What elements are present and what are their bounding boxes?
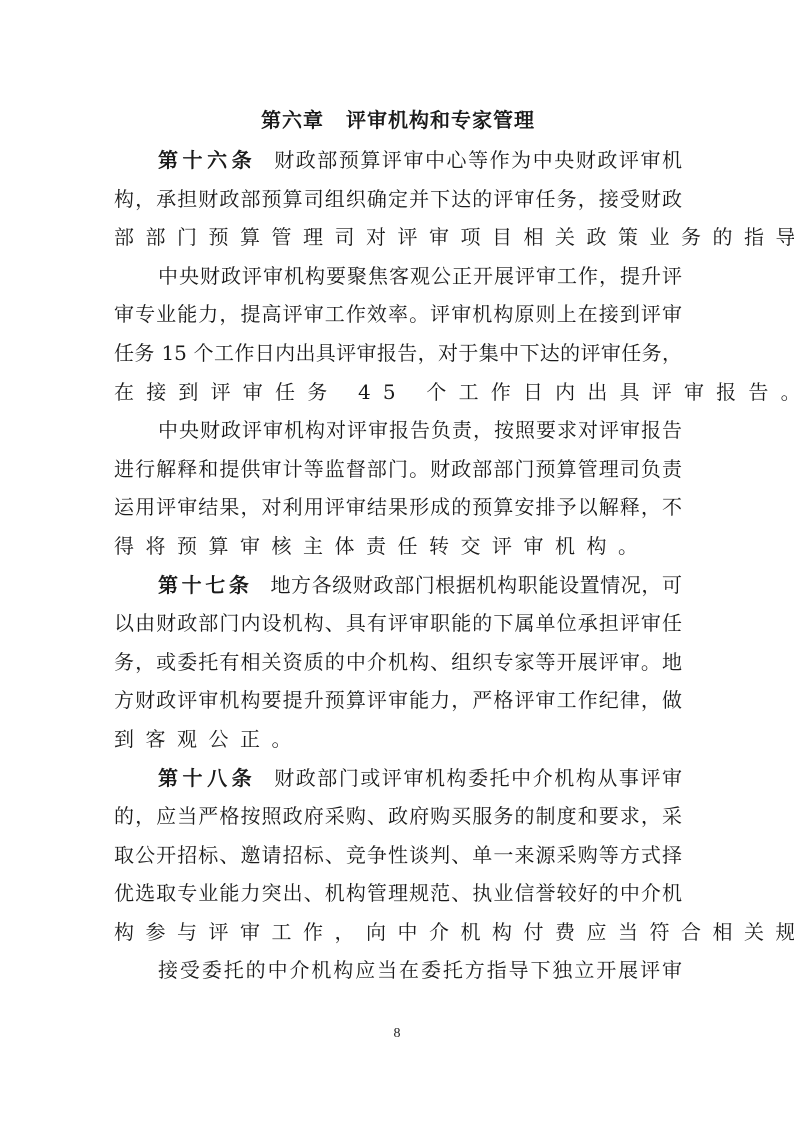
- review-efficiency-paragraph: 中央财政评审机构要聚焦客观公正开展评审工作，提升评 审专业能力，提高评审工作效率…: [114, 257, 682, 411]
- article-17-paragraph: 第十七条地方各级财政部门根据机构职能设置情况，可 以由财政部门内设机构、具有评审…: [114, 566, 682, 759]
- page-number: 8: [0, 1026, 794, 1042]
- article-label: 第十六条: [158, 148, 256, 172]
- paragraph-line: 接受委托的中介机构应当在委托方指导下独立开展评审: [114, 951, 682, 990]
- line-text: 财政部门或评审机构委托中介机构从事评审: [274, 766, 682, 790]
- chapter-title: 第六章评审机构和专家管理: [114, 103, 682, 137]
- article-label: 第十八条: [158, 766, 256, 790]
- paragraph-line: 审专业能力，提高评审工作效率。评审机构原则上在接到评审: [114, 295, 682, 334]
- paragraph-line: 任务 15 个工作日内出具评审报告，对于集中下达的评审任务，: [114, 334, 682, 373]
- document-page: 第六章评审机构和专家管理 第十六条财政部预算评审中心等作为中央财政评审机 构，承…: [0, 0, 794, 1123]
- paragraph-line: 部部门预算管理司对评审项目相关政策业务的指导。: [114, 218, 682, 257]
- paragraph-line: 第十八条财政部门或评审机构委托中介机构从事评审: [114, 759, 682, 798]
- paragraph-line: 取公开招标、邀请招标、竞争性谈判、单一来源采购等方式择: [114, 836, 682, 875]
- paragraph-line: 进行解释和提供审计等监督部门。财政部部门预算管理司负责: [114, 450, 682, 489]
- paragraph-line: 优选取专业能力突出、机构管理规范、执业信誉较好的中介机: [114, 874, 682, 913]
- paragraph-line: 中央财政评审机构对评审报告负责，按照要求对评审报告: [114, 411, 682, 450]
- article-18-paragraph: 第十八条财政部门或评审机构委托中介机构从事评审 的，应当严格按照政府采购、政府购…: [114, 759, 682, 952]
- chapter-number: 第六章: [261, 108, 324, 132]
- paragraph-line: 得将预算审核主体责任转交评审机构。: [114, 527, 682, 566]
- paragraph-line: 到客观公正。: [114, 720, 682, 759]
- article-16-paragraph: 第十六条财政部预算评审中心等作为中央财政评审机 构，承担财政部预算司组织确定并下…: [114, 141, 682, 257]
- paragraph-line: 的，应当严格按照政府采购、政府购买服务的制度和要求，采: [114, 797, 682, 836]
- paragraph-line: 中央财政评审机构要聚焦客观公正开展评审工作，提升评: [114, 257, 682, 296]
- document-body: 第六章评审机构和专家管理 第十六条财政部预算评审中心等作为中央财政评审机 构，承…: [114, 103, 682, 990]
- paragraph-line: 方财政评审机构要提升预算评审能力，严格评审工作纪律，做: [114, 681, 682, 720]
- article-label: 第十七条: [158, 573, 252, 597]
- line-text: 财政部预算评审中心等作为中央财政评审机: [274, 148, 682, 172]
- paragraph-line: 在接到评审任务 45 个工作日内出具评审报告。: [114, 373, 682, 412]
- paragraph-line: 务，或委托有相关资质的中介机构、组织专家等开展评审。地: [114, 643, 682, 682]
- paragraph-line: 构参与评审工作，向中介机构付费应当符合相关规定。: [114, 913, 682, 952]
- paragraph-line: 构，承担财政部预算司组织确定并下达的评审任务，接受财政: [114, 180, 682, 219]
- line-text: 地方各级财政部门根据机构职能设置情况，可: [270, 573, 682, 597]
- paragraph-line: 运用评审结果，对利用评审结果形成的预算安排予以解释，不: [114, 488, 682, 527]
- review-report-responsibility-paragraph: 中央财政评审机构对评审报告负责，按照要求对评审报告 进行解释和提供审计等监督部门…: [114, 411, 682, 565]
- paragraph-line: 第十七条地方各级财政部门根据机构职能设置情况，可: [114, 566, 682, 605]
- intermediary-independence-paragraph: 接受委托的中介机构应当在委托方指导下独立开展评审: [114, 951, 682, 990]
- chapter-name: 评审机构和专家管理: [346, 108, 535, 132]
- paragraph-line: 第十六条财政部预算评审中心等作为中央财政评审机: [114, 141, 682, 180]
- paragraph-line: 以由财政部门内设机构、具有评审职能的下属单位承担评审任: [114, 604, 682, 643]
